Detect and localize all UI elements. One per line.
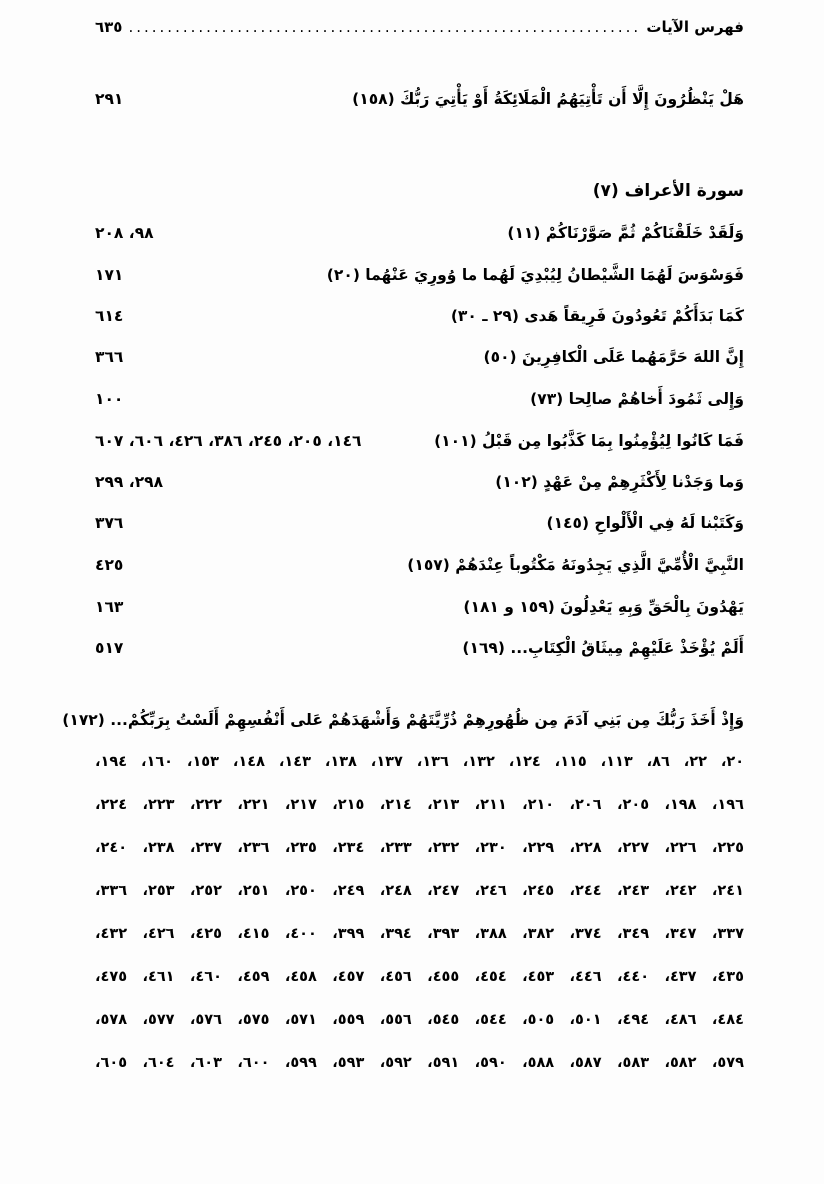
index-page: فهرس الآيات ٦٣٥ هَلْ يَنْظُرُونَ إِلَّا …	[95, 0, 744, 1184]
verse-text: وَإِلى ثَمُودَ أَخاهُمْ صالِحا (٧٣)	[530, 384, 744, 414]
verse-text: إِنَّ اللهَ حَرَّمَهُما عَلَى الْكافِرِي…	[484, 342, 744, 372]
verse-text: أَلَمْ يُؤْخَذْ عَلَيْهِمْ مِيثَاقُ الْك…	[462, 633, 744, 663]
index-entry: فَوَسْوَسَ لَهُمَا الشَّيْطانُ لِيُبْدِي…	[95, 260, 744, 290]
page-refs: ٣٧٦	[95, 508, 123, 538]
page-refs-line: ٤٣٥، ٤٣٧، ٤٤٠، ٤٤٦، ٤٥٣، ٤٥٤، ٤٥٥، ٤٥٦، …	[95, 963, 744, 991]
index-entry: وَكَتَبْنا لَهُ فِي الْأَلْواحِ (١٤٥) ٣٧…	[95, 508, 744, 538]
verse-text: فَوَسْوَسَ لَهُمَا الشَّيْطانُ لِيُبْدِي…	[327, 260, 744, 290]
index-entry: وَلَقَدْ خَلَقْنَاكُمْ ثُمَّ صَوَّرْنَاك…	[95, 218, 744, 248]
verse-text: يَهْدُونَ بِالْحَقِّ وَبِهِ يَعْدِلُونَ …	[463, 592, 744, 622]
page-refs-line: ٣٣٧، ٣٤٧، ٣٤٩، ٣٧٤، ٣٨٢، ٣٨٨، ٣٩٣، ٣٩٤، …	[95, 920, 744, 948]
verse-text: وَما وَجَدْنا لِأَكْثَرِهِمْ مِنْ عَهْدٍ…	[495, 467, 744, 497]
running-header: فهرس الآيات ٦٣٥	[95, 14, 744, 40]
index-entry: يَهْدُونَ بِالْحَقِّ وَبِهِ يَعْدِلُونَ …	[95, 592, 744, 622]
page-refs-line: ٢٠، ٢٢، ٨٦، ١١٣، ١١٥، ١٢٤، ١٣٢، ١٣٦، ١٣٧…	[95, 748, 744, 776]
index-entry: أَلَمْ يُؤْخَذْ عَلَيْهِمْ مِيثَاقُ الْك…	[95, 633, 744, 663]
index-entry: وَإِلى ثَمُودَ أَخاهُمْ صالِحا (٧٣) ١٠٠	[95, 384, 744, 414]
verse-text: كَمَا بَدَأَكُمْ تَعُودُونَ فَرِيقاً هَد…	[451, 301, 744, 331]
page-refs: ٢٩٨، ٢٩٩	[95, 467, 163, 497]
index-entry: إِنَّ اللهَ حَرَّمَهُما عَلَى الْكافِرِي…	[95, 342, 744, 372]
page-refs: ٥١٧	[95, 633, 123, 663]
surah-heading: سورة الأعراف (٧)	[593, 176, 744, 206]
page-refs-line: ٥٧٩، ٥٨٢، ٥٨٣، ٥٨٧، ٥٨٨، ٥٩٠، ٥٩١، ٥٩٢، …	[95, 1049, 744, 1077]
leader-dots	[128, 14, 640, 40]
page-number: ٦٣٥	[95, 14, 122, 40]
page-refs: ٦١٤	[95, 301, 123, 331]
verse-text: هَلْ يَنْظُرُونَ إِلَّا أَن تَأْتِيَهُمُ…	[352, 84, 744, 114]
page-refs-line: ١٩٦، ١٩٨، ٢٠٥، ٢٠٦، ٢١٠، ٢١١، ٢١٣، ٢١٤، …	[95, 791, 744, 819]
verse-text: وَإِذْ أَخَذَ رَبُّكَ مِن بَنِي آدَمَ مِ…	[62, 705, 744, 735]
header-title: فهرس الآيات	[646, 14, 744, 40]
index-entry: هَلْ يَنْظُرُونَ إِلَّا أَن تَأْتِيَهُمُ…	[95, 84, 744, 114]
index-entry: كَمَا بَدَأَكُمْ تَعُودُونَ فَرِيقاً هَد…	[95, 301, 744, 331]
index-entry-long: وَإِذْ أَخَذَ رَبُّكَ مِن بَنِي آدَمَ مِ…	[95, 705, 744, 735]
page-refs: ٣٦٦	[95, 342, 123, 372]
index-entry: فَمَا كَانُوا لِيُؤْمِنُوا بِمَا كَذَّبُ…	[95, 426, 744, 456]
page-refs: ٩٨، ٢٠٨	[95, 218, 154, 248]
page-refs: ١٤٦، ٢٠٥، ٢٤٥، ٣٨٦، ٤٢٦، ٦٠٦، ٦٠٧	[95, 426, 404, 456]
page-refs: ١٠٠	[95, 384, 123, 414]
page-refs: ١٧١	[95, 260, 123, 290]
page-refs-line: ٢٢٥، ٢٢٦، ٢٢٧، ٢٢٨، ٢٢٩، ٢٣٠، ٢٣٢، ٢٣٣، …	[95, 834, 744, 862]
page-refs-line: ٢٤١، ٢٤٢، ٢٤٣، ٢٤٤، ٢٤٥، ٢٤٦، ٢٤٧، ٢٤٨، …	[95, 877, 744, 905]
page-refs-line: ٤٨٤، ٤٨٦، ٤٩٤، ٥٠١، ٥٠٥، ٥٤٤، ٥٤٥، ٥٥٦، …	[95, 1006, 744, 1034]
index-entry: النَّبِيَّ الْأُمِّيَّ الَّذِي يَجِدُونَ…	[95, 550, 744, 580]
verse-text: فَمَا كَانُوا لِيُؤْمِنُوا بِمَا كَذَّبُ…	[434, 426, 744, 456]
verse-text: وَكَتَبْنا لَهُ فِي الْأَلْواحِ (١٤٥)	[546, 508, 744, 538]
verse-text: النَّبِيَّ الْأُمِّيَّ الَّذِي يَجِدُونَ…	[407, 550, 744, 580]
page-refs: ٢٩١	[95, 84, 123, 114]
verse-text: وَلَقَدْ خَلَقْنَاكُمْ ثُمَّ صَوَّرْنَاك…	[507, 218, 744, 248]
index-entry: وَما وَجَدْنا لِأَكْثَرِهِمْ مِنْ عَهْدٍ…	[95, 467, 744, 497]
page-refs: ٤٢٥	[95, 550, 123, 580]
page-refs: ١٦٣	[95, 592, 123, 622]
